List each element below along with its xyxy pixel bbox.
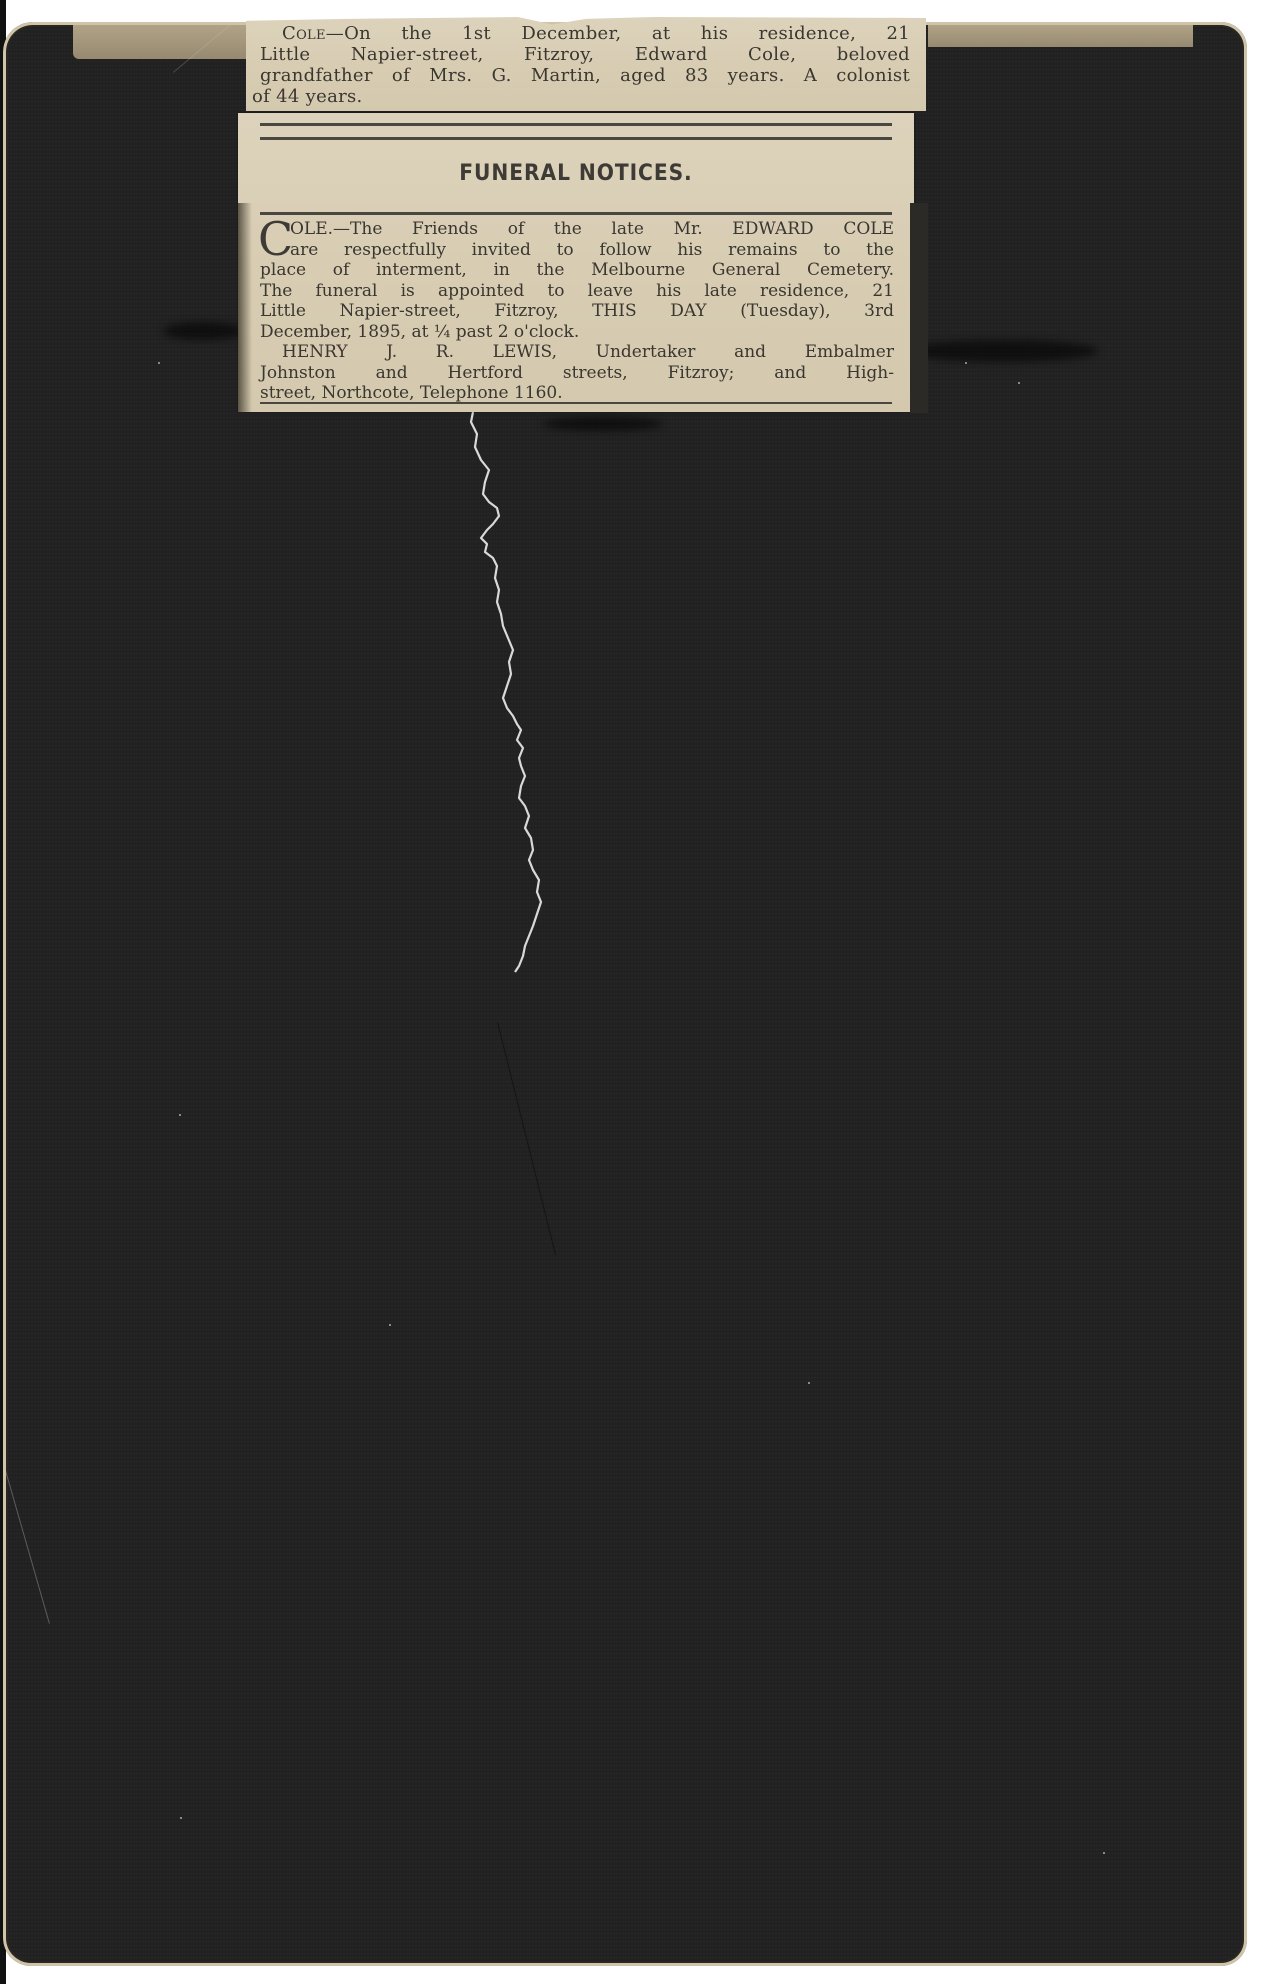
dust-speck — [1103, 1852, 1105, 1854]
funeral-line-6: December, 1895, at ¼ past 2 o'clock. — [260, 322, 894, 343]
funeral-line-8: Johnston and Hertford streets, Fitzroy; … — [260, 363, 894, 384]
rule-below-heading — [260, 212, 892, 215]
death-notice-line-3: grandfather of Mrs. G. Martin, aged 83 y… — [260, 65, 910, 86]
dust-speck — [808, 1382, 810, 1384]
rule-top-2 — [260, 137, 892, 140]
death-notice-line-1: Cole—On the 1st December, at his residen… — [282, 23, 910, 44]
funeral-notice-body: C OLE.—The Friends of the late Mr. EDWAR… — [260, 219, 894, 404]
funeral-line-3: place of interment, in the Melbourne Gen… — [260, 260, 894, 281]
funeral-line-9: street, Northcote, Telephone 1160. — [260, 383, 894, 404]
funeral-line-5: Little Napier-street, Fitzroy, THIS DAY … — [260, 301, 894, 322]
dust-speck — [1018, 382, 1020, 384]
tape-stain — [910, 203, 928, 413]
funeral-line-4: The funeral is appointed to leave his la… — [260, 281, 894, 302]
rule-top-1 — [260, 123, 892, 126]
dust-speck — [179, 1114, 181, 1116]
death-notice-surname: Cole — [282, 23, 326, 44]
funeral-line-2: are respectfully invited to follow his r… — [260, 240, 894, 261]
drop-cap: C — [258, 217, 293, 261]
funeral-line-1: OLE.—The Friends of the late Mr. EDWARD … — [260, 219, 894, 240]
dust-speck — [180, 1817, 182, 1819]
funeral-notice-clipping: FUNERAL NOTICES. C OLE.—The Friends of t… — [238, 113, 914, 412]
dust-speck — [158, 362, 160, 364]
funeral-notices-heading: FUNERAL NOTICES. — [265, 161, 887, 186]
glue-stain — [238, 203, 252, 413]
dust-speck — [965, 362, 967, 364]
rule-bottom — [260, 402, 892, 404]
death-notice-clipping: Cole—On the 1st December, at his residen… — [246, 17, 926, 111]
dust-speck — [389, 1324, 391, 1326]
death-notice-line-2: Little Napier-street, Fitzroy, Edward Co… — [260, 44, 910, 65]
death-notice-line-4: of 44 years. — [252, 86, 363, 107]
funeral-line-7: HENRY J. R. LEWIS, Undertaker and Embalm… — [260, 342, 894, 363]
